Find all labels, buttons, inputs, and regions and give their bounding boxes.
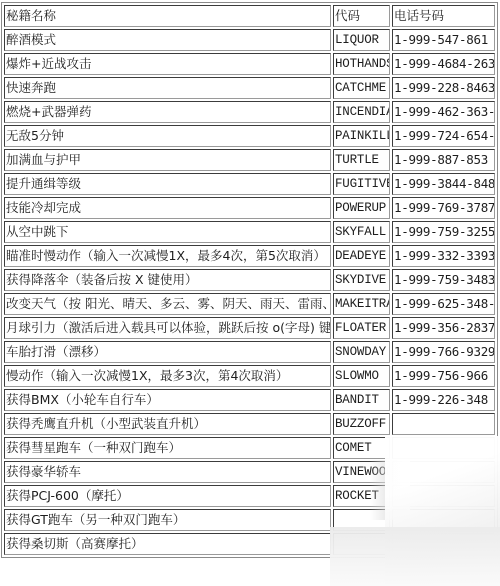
table-row: 提升通缉等级FUGITIVE1-999-3844-8483 [4, 173, 495, 195]
phone-number-cell [392, 437, 495, 459]
phone-number-cell: 1-999-887-853 [392, 149, 495, 171]
cheat-code-cell: COMET [333, 437, 390, 459]
cheat-code-cell: SNOWDAY [333, 341, 390, 363]
table-row: 快速奔跑CATCHME1-999-228-8463 [4, 77, 495, 99]
cheat-name-cell: 获得秃鹰直升机（小型武装直升机） [4, 413, 331, 435]
phone-number-cell: 1-999-356-2837 [392, 317, 495, 339]
table-header-row: 秘籍名称 代码 电话号码 [4, 5, 495, 27]
cheat-code-cell: VINEWOOD [333, 461, 390, 483]
cheat-name-cell: 获得彗星跑车（一种双门跑车） [4, 437, 331, 459]
phone-number-cell [392, 413, 495, 435]
cheat-code-cell: DEADEYE [333, 245, 390, 267]
cheat-name-cell: 无敌5分钟 [4, 125, 331, 147]
cheat-code-cell: PAINKILLER [333, 125, 390, 147]
phone-number-cell: 1-999-769-3787 [392, 197, 495, 219]
cheat-name-cell: 提升通缉等级 [4, 173, 331, 195]
cheat-code-cell: SKYDIVE [333, 269, 390, 291]
phone-number-cell: 1-999-625-348-7246 [392, 293, 495, 315]
cheat-code-cell: HOTHANDS [333, 53, 390, 75]
table-row: 获得秃鹰直升机（小型武装直升机）BUZZOFF [4, 413, 495, 435]
table-row: 车胎打滑（漂移）SNOWDAY1-999-766-9329 [4, 341, 495, 363]
cheat-name-cell: 获得BMX（小轮车自行车） [4, 389, 331, 411]
phone-number-cell [392, 533, 495, 555]
phone-number-cell: 1-999-756-966 [392, 365, 495, 387]
phone-number-cell: 1-999-226-348 [392, 389, 495, 411]
cheat-code-cell: MAKEITRAIN [333, 293, 390, 315]
phone-number-cell [392, 461, 495, 483]
cheat-name-cell: 月球引力（激活后进入载具可以体验，跳跃后按 o(字母) 键漂浮） [4, 317, 331, 339]
table-row: 加满血与护甲TURTLE1-999-887-853 [4, 149, 495, 171]
table-row: 获得GT跑车（另一种双门跑车） [4, 509, 495, 531]
cheat-name-cell: 爆炸+近战攻击 [4, 53, 331, 75]
table-row: 无敌5分钟PAINKILLER1-999-724-654-5537 [4, 125, 495, 147]
cheat-name-cell: 瞄准时慢动作（输入一次减慢1X，最多4次，第5次取消） [4, 245, 331, 267]
cheat-name-cell: 获得GT跑车（另一种双门跑车） [4, 509, 331, 531]
cheat-name-cell: 加满血与护甲 [4, 149, 331, 171]
cheat-code-cell: BANDIT [333, 389, 390, 411]
table-row: 爆炸+近战攻击HOTHANDS1-999-4684-2637 [4, 53, 495, 75]
cheat-codes-table: 秘籍名称 代码 电话号码 醉酒模式LIQUOR1-999-547-861爆炸+近… [2, 3, 497, 557]
cheat-name-cell: 改变天气（按 阳光、晴天、多云、雾、阴天、雨天、雷雨、下雪） [4, 293, 331, 315]
cheat-code-cell: SKYFALL [333, 221, 390, 243]
phone-number-cell: 1-999-724-654-5537 [392, 125, 495, 147]
phone-number-cell [392, 509, 495, 531]
cheat-name-cell: 获得PCJ-600（摩托） [4, 485, 331, 507]
cheat-name-cell: 车胎打滑（漂移） [4, 341, 331, 363]
cheat-name-cell: 技能冷却完成 [4, 197, 331, 219]
cheat-name-cell: 获得桑切斯（高赛摩托） [4, 533, 331, 555]
header-phone: 电话号码 [392, 5, 495, 27]
cheat-code-cell: ROCKET [333, 485, 390, 507]
cheat-code-cell [333, 509, 390, 531]
table-row: 技能冷却完成POWERUP1-999-769-3787 [4, 197, 495, 219]
table-row: 获得桑切斯（高赛摩托） [4, 533, 495, 555]
phone-number-cell: 1-999-547-861 [392, 29, 495, 51]
cheat-name-cell: 获得豪华轿车 [4, 461, 331, 483]
table-row: 改变天气（按 阳光、晴天、多云、雾、阴天、雨天、雷雨、下雪）MAKEITRAIN… [4, 293, 495, 315]
table-row: 月球引力（激活后进入载具可以体验，跳跃后按 o(字母) 键漂浮）FLOATER1… [4, 317, 495, 339]
table-row: 获得彗星跑车（一种双门跑车）COMET [4, 437, 495, 459]
header-code: 代码 [333, 5, 390, 27]
cheat-code-cell: CATCHME [333, 77, 390, 99]
cheat-name-cell: 燃烧+武器弹药 [4, 101, 331, 123]
phone-number-cell: 1-999-228-8463 [392, 77, 495, 99]
cheat-table-container: 秘籍名称 代码 电话号码 醉酒模式LIQUOR1-999-547-861爆炸+近… [1, 2, 498, 558]
cheat-code-cell: BUZZOFF [333, 413, 390, 435]
table-row: 燃烧+武器弹药INCENDIARY1-999-462-363-4279 [4, 101, 495, 123]
table-row: 获得BMX（小轮车自行车）BANDIT1-999-226-348 [4, 389, 495, 411]
cheat-name-cell: 从空中跳下 [4, 221, 331, 243]
table-row: 获得豪华轿车VINEWOOD [4, 461, 495, 483]
phone-number-cell: 1-999-3844-8483 [392, 173, 495, 195]
phone-number-cell: 1-999-332-3393 [392, 245, 495, 267]
phone-number-cell: 1-999-759-3483 [392, 269, 495, 291]
cheat-code-cell [333, 533, 390, 555]
header-cheat-name: 秘籍名称 [4, 5, 331, 27]
phone-number-cell: 1-999-759-3255 [392, 221, 495, 243]
table-row: 醉酒模式LIQUOR1-999-547-861 [4, 29, 495, 51]
phone-number-cell [392, 485, 495, 507]
cheat-name-cell: 慢动作（输入一次减慢1X，最多3次，第4次取消） [4, 365, 331, 387]
table-row: 慢动作（输入一次减慢1X，最多3次，第4次取消）SLOWMO1-999-756-… [4, 365, 495, 387]
table-row: 从空中跳下SKYFALL1-999-759-3255 [4, 221, 495, 243]
phone-number-cell: 1-999-766-9329 [392, 341, 495, 363]
cheat-code-cell: INCENDIARY [333, 101, 390, 123]
cheat-code-cell: FLOATER [333, 317, 390, 339]
phone-number-cell: 1-999-4684-2637 [392, 53, 495, 75]
cheat-code-cell: FUGITIVE [333, 173, 390, 195]
cheat-code-cell: TURTLE [333, 149, 390, 171]
cheat-name-cell: 快速奔跑 [4, 77, 331, 99]
cheat-name-cell: 获得降落伞（装备后按 X 键使用） [4, 269, 331, 291]
cheat-name-cell: 醉酒模式 [4, 29, 331, 51]
cheat-code-cell: SLOWMO [333, 365, 390, 387]
table-row: 瞄准时慢动作（输入一次减慢1X，最多4次，第5次取消）DEADEYE1-999-… [4, 245, 495, 267]
cheat-code-cell: POWERUP [333, 197, 390, 219]
cheat-code-cell: LIQUOR [333, 29, 390, 51]
table-row: 获得降落伞（装备后按 X 键使用）SKYDIVE1-999-759-3483 [4, 269, 495, 291]
phone-number-cell: 1-999-462-363-4279 [392, 101, 495, 123]
table-row: 获得PCJ-600（摩托）ROCKET [4, 485, 495, 507]
